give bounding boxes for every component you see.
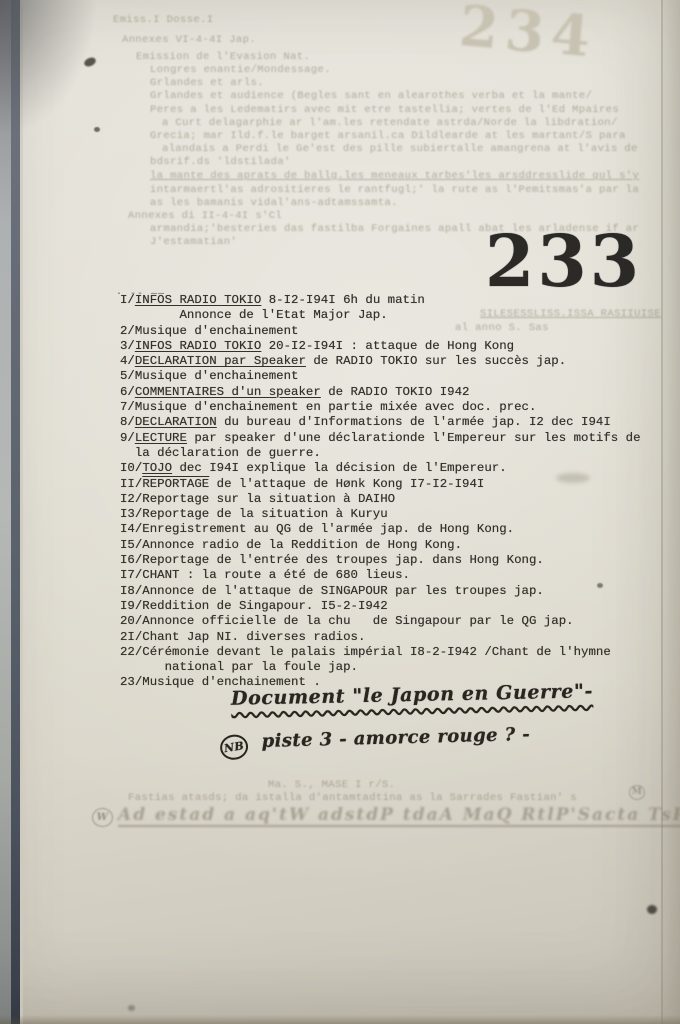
typed-line: 2/Musique d'enchainement	[120, 324, 641, 339]
bleedthrough-text: Grlandes et audience (Begles sant en ale…	[150, 90, 592, 102]
typed-line: I5/Annonce radio de la Reddition de Hong…	[120, 538, 641, 553]
bleedthrough-text: J'estamatian'	[150, 236, 237, 248]
bleedthrough-text: as les bamanis vidal'ans-adtamssamta.	[150, 197, 398, 209]
typed-line: 9/LECTURE par speaker d'une déclarationd…	[120, 431, 641, 446]
bleedthrough-text: Ma. S., MASE I r/S.	[268, 779, 395, 791]
typed-line: 4/DECLARATION par Speaker de RADIO TOKIO…	[120, 354, 641, 369]
bleedthrough-text: alandais a Perdi le Ge'est des pille sub…	[162, 143, 638, 155]
page-edge-bottom	[0, 1015, 680, 1024]
typed-line: Annonce de l'Etat Major Jap.	[120, 308, 641, 323]
typed-line: I2/Reportage sur la situation à DAIHO	[120, 492, 641, 507]
page-edge-right-band	[663, 0, 680, 1024]
smudge	[556, 473, 590, 483]
bleedthrough-text: intarmaertl'as adrositieres le rantfugl;…	[150, 184, 639, 196]
corner-shadow	[0, 0, 130, 180]
ghost-page-number: 234	[457, 0, 599, 66]
nb-circled-mark: NB	[218, 733, 250, 762]
bleedthrough-text: Grecia; mar Ild.f.le barget arsanil.ca D…	[150, 130, 626, 142]
typed-line: la déclaration de guerre.	[120, 446, 641, 461]
ink-speck	[128, 1005, 135, 1011]
typed-line: 3/INFOS RADIO TOKIO 20-I2-I94I : attaque…	[120, 339, 641, 354]
handwritten-note-line: NB piste 3 - amorce rouge ? -	[220, 724, 531, 760]
bleedthrough-text: Peres a les Ledematirs avec mit etre tas…	[150, 104, 619, 116]
typed-line: 20/Annonce officielle de la chu de Singa…	[120, 614, 641, 629]
bleedthrough-text: M	[629, 785, 645, 800]
bleedthrough-text: a Curt delagarphie ar l'am.les retendate…	[162, 117, 618, 129]
bleedthrough-text: la mante des aprats de ballg.les meneaux…	[150, 170, 639, 182]
handwritten-note-text: piste 3 - amorce rouge ? -	[261, 724, 530, 752]
bleedthrough-text: Ad estad a aq'tW adstdP tdaA MaQ RtlP'Sa…	[118, 805, 680, 825]
typed-line: 8/DECLARATION du bureau d'Informations d…	[120, 415, 641, 430]
bleedthrough-text: Emiss.I Dosse.I	[113, 14, 214, 26]
bleedthrough-text: W	[92, 808, 113, 827]
typed-line: national par la foule jap.	[120, 660, 641, 675]
typed-line: 2I/Chant Jap NI. diverses radios.	[120, 630, 641, 645]
bleedthrough-text: Emission de l'Evasion Nat.	[136, 51, 310, 63]
typed-broadcast-list: I/INFOS RADIO TOKIO 8-I2-I94I 6h du mati…	[120, 293, 641, 691]
typed-line: I6/Reportage de l'entrée des troupes jap…	[120, 553, 641, 568]
typed-line: 5/Musique d'enchainement	[120, 369, 641, 384]
bleedthrough-text: bdsrif.ds 'ldstilada'	[150, 156, 291, 168]
bleedthrough-text: Annexes VI-4-4I Jap.	[122, 34, 256, 46]
typed-line: I/INFOS RADIO TOKIO 8-I2-I94I 6h du mati…	[120, 293, 641, 308]
typed-line: 6/COMMENTAIRES d'un speaker de RADIO TOK…	[120, 385, 641, 400]
typed-line: I9/Reddition de Singapour. I5-2-I942	[120, 599, 641, 614]
typed-line: 22/Cérémonie devant le palais impérial I…	[120, 645, 641, 660]
typed-line: I3/Reportage de la situation à Kuryu	[120, 507, 641, 522]
bleedthrough-text: Annexes di II-4-4I s'Cl	[128, 210, 282, 222]
bleedthrough-text: Grlandes et arls.	[150, 77, 264, 89]
page-number-stamp: 233	[485, 226, 642, 297]
bleedthrough-text: Fastias atasds; da istalla d'antamtadtin…	[128, 792, 577, 804]
bleedthrough-text: Longres enantie/Mondessage.	[150, 64, 331, 76]
typed-line: 7/Musique d'enchainement en partie mixée…	[120, 400, 641, 415]
scanned-page: Emiss.I Dosse.IAnnexes VI-4-4I Jap.Emiss…	[0, 0, 680, 1024]
ink-speck	[597, 583, 603, 588]
ink-speck	[94, 127, 100, 132]
ink-speck	[647, 905, 657, 914]
typed-line: I4/Enregistrement au QG de l'armée jap. …	[120, 522, 641, 537]
typed-line: I8/Annonce de l'attaque de SINGAPOUR par…	[120, 584, 641, 599]
typed-line: I7/CHANT : la route a été de 680 lieus.	[120, 568, 641, 583]
